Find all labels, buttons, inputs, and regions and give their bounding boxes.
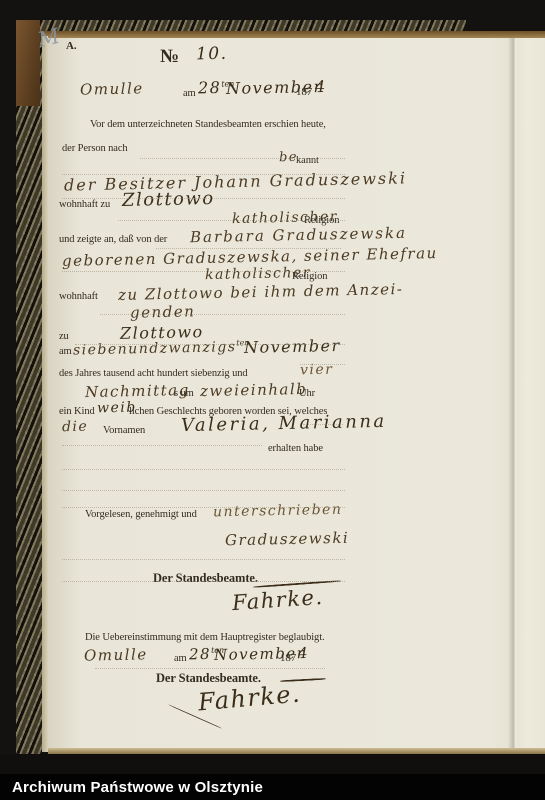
photo-background xyxy=(0,754,545,774)
archive-caption-bar: Archiwum Państwowe w Olsztynie xyxy=(0,774,545,800)
declarant-signature: Graduszewski xyxy=(225,529,350,550)
dotted-rule xyxy=(300,363,345,365)
intro-line: Vor dem unterzeichneten Standesbeamten e… xyxy=(90,119,326,130)
certify-line: Die Uebereinstimmung mit dem Hauptregist… xyxy=(85,632,325,643)
hour-entry: zweieinhalb xyxy=(200,380,308,400)
dotted-rule xyxy=(62,580,345,582)
dotted-rule xyxy=(62,558,345,560)
form-letter: A. xyxy=(66,40,77,52)
dotted-rule xyxy=(62,506,345,508)
record-number-value: 10. xyxy=(196,44,228,65)
dotted-rule xyxy=(303,423,343,425)
mother-name-entry: Barbara Graduszewska xyxy=(190,224,407,247)
registrar-signature: Fahrke. xyxy=(231,585,324,615)
notice-line: und zeigte an, daß von der xyxy=(59,234,167,245)
book-spine-marbled-strip xyxy=(16,20,42,758)
page-fold-crease xyxy=(508,38,518,752)
year-line: des Jahres tausend acht hundert siebenzi… xyxy=(59,368,248,379)
birth-day-entry: siebenundzwanzigsten xyxy=(73,338,250,358)
mother-residence-entry2: genden xyxy=(130,302,196,321)
child-label: ein Kind xyxy=(59,406,95,417)
vorgelesen-line: Vorgelesen, genehmigt und xyxy=(85,509,197,520)
die-entry: die xyxy=(62,419,89,436)
residence-entry: Zlottowo xyxy=(122,188,215,211)
header-am-label: am xyxy=(183,88,196,99)
dotted-rule xyxy=(100,313,345,315)
certify-am-label: am xyxy=(174,653,187,664)
registrar-label: Der Standesbeamte. xyxy=(153,571,258,586)
s-um-label: s um xyxy=(174,388,194,399)
dotted-rule xyxy=(95,667,325,669)
zu-label: zu xyxy=(59,331,69,342)
mother-residence-entry: zu Zlottowo bei ihm dem Anzei- xyxy=(118,280,404,304)
birth-month-entry: November xyxy=(244,336,341,357)
archival-scan-viewer: M A. № 10. Omulle am 28ten November 187 … xyxy=(0,0,545,800)
uhr-label: Uhr xyxy=(299,388,315,399)
religion-label2: Religion xyxy=(292,271,327,282)
dotted-rule xyxy=(156,247,341,249)
register-page: M A. № 10. Omulle am 28ten November 187 … xyxy=(48,38,545,752)
record-number-symbol: № xyxy=(160,46,179,68)
certify-year-printed: 187 xyxy=(280,652,296,664)
dotted-rule xyxy=(62,444,262,446)
header-year-hand: 4 xyxy=(315,77,327,96)
wohnhaft-zu-label: wohnhaft zu xyxy=(59,199,110,210)
certify-place: Omulle xyxy=(84,645,148,664)
dotted-rule xyxy=(62,489,345,491)
certify-year-hand: 4 xyxy=(298,644,309,662)
person-line: der Person nach xyxy=(62,143,128,154)
dotted-rule xyxy=(62,270,345,272)
dotted-rule xyxy=(75,343,345,345)
archive-caption-label: Archiwum Państwowe w Olsztynie xyxy=(12,779,263,796)
child-names-entry: Valeria, Marianna xyxy=(181,411,387,436)
header-year-printed: 187 xyxy=(296,86,312,98)
am-label: am xyxy=(59,346,72,357)
header-place: Omulle xyxy=(80,79,144,98)
dotted-rule xyxy=(62,173,345,175)
dotted-rule xyxy=(62,197,345,199)
vornamen-label: Vornamen xyxy=(103,425,145,436)
dotted-rule xyxy=(118,219,345,221)
unterschrieben-entry: unterschrieben xyxy=(213,502,343,521)
erhalten-label: erhalten habe xyxy=(268,443,323,454)
pencil-margin-mark: M xyxy=(35,24,62,52)
dotted-rule xyxy=(140,157,345,159)
wohnhaft-label: wohnhaft xyxy=(59,291,98,302)
dotted-rule xyxy=(62,468,345,470)
